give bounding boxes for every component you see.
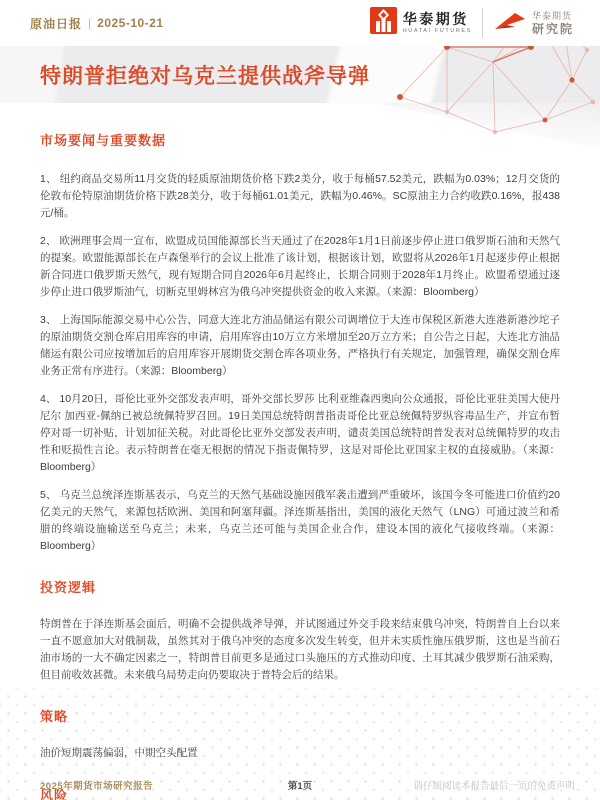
market-item-1: 1、 纽约商品交易所11月交货的轻质原油期货价格下跌2美分，收于每桶57.52美…: [40, 171, 560, 222]
footer-disclaimer-note: 请仔细阅读本报告最后一页的免责声明: [413, 778, 575, 792]
report-date: 2025-10-21: [97, 16, 163, 30]
strategy-text: 油价短期震荡偏弱，中期空头配置: [40, 745, 560, 762]
report-page: 原油日报 | 2025-10-21 华泰期货 H: [0, 0, 600, 800]
market-item-5: 5、 乌克兰总统泽连斯基表示，乌克兰的天然气基础设施因俄军袭击遭到严重破坏，该国…: [40, 487, 560, 555]
page-footer: 2025年期货市场研究报告 第1页 请仔细阅读本报告最后一页的免责声明: [0, 778, 600, 792]
section-heading-market: 市场要闻与重要数据: [40, 130, 560, 149]
brand-area: 华泰期货 HUATAI FUTURES 华泰期货 研究院: [370, 7, 574, 39]
investment-logic-text: 特朗普在于泽连斯基会面后，明确不会提供战斧导弹，并试图通过外交手段来结束俄乌冲突…: [40, 616, 560, 684]
market-item-3: 3、 上海国际能源交易中心公告，同意大连北方油品储运有限公司调增位于大连市保税区…: [40, 312, 560, 380]
page-title: 特朗普拒绝对乌克兰提供战斧导弹: [40, 60, 370, 90]
section-heading-investment-logic: 投资逻辑: [40, 577, 560, 596]
masthead: 原油日报 | 2025-10-21: [30, 15, 164, 32]
huatai-futures-logo-icon: [370, 7, 397, 39]
page-header: 原油日报 | 2025-10-21 华泰期货 H: [0, 0, 600, 46]
title-band: 特朗普拒绝对乌克兰提供战斧导弹: [0, 46, 600, 103]
research-institute-logo-icon: [493, 9, 527, 38]
research-institute-logo: 华泰期货 研究院: [493, 9, 574, 38]
market-item-2: 2、 欧洲理事会周一宣布，欧盟成员国能源部长当天通过了在2028年1月1日前逐步…: [40, 233, 560, 301]
market-item-4: 4、 10月20日，哥伦比亚外交部发表声明，哥外交部长罗莎 比利亚维森西奥向公众…: [40, 391, 560, 476]
brand-name-en: HUATAI FUTURES: [403, 29, 472, 35]
brand-name-cn: 华泰期货: [403, 12, 472, 26]
masthead-separator: |: [88, 16, 91, 30]
huatai-futures-logo: 华泰期货 HUATAI FUTURES: [370, 7, 472, 39]
report-body: 市场要闻与重要数据 1、 纽约商品交易所11月交货的轻质原油期货价格下跌2美分，…: [0, 130, 600, 800]
section-heading-strategy: 策略: [40, 706, 560, 725]
brand-divider: [482, 8, 483, 38]
institute-line1: 华泰期货: [532, 12, 572, 21]
institute-line2: 研究院: [532, 23, 574, 35]
report-type-label: 原油日报: [30, 15, 82, 32]
